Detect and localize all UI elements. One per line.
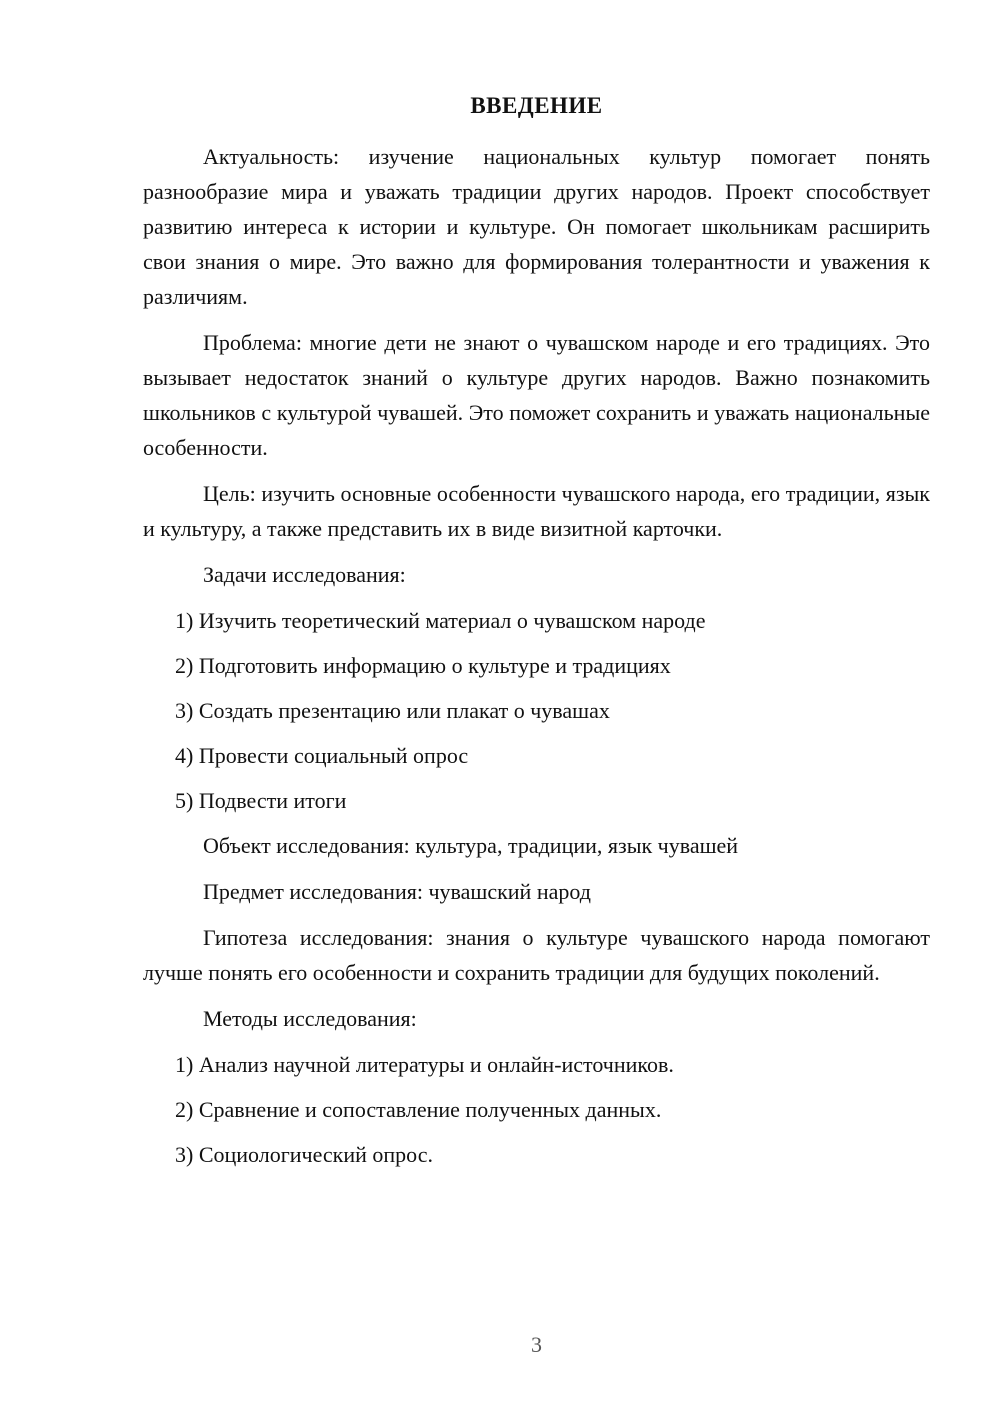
task-item-4: 4) Провести социальный опрос xyxy=(175,738,930,773)
paragraph-relevance: Актуальность: изучение национальных куль… xyxy=(143,139,930,314)
task-item-1: 1) Изучить теоретический материал о чува… xyxy=(175,603,930,638)
method-item-2: 2) Сравнение и сопоставление полученных … xyxy=(175,1092,930,1127)
page-title: ВВЕДЕНИЕ xyxy=(143,88,930,123)
page-number: 3 xyxy=(143,1327,930,1362)
document-page: ВВЕДЕНИЕ Актуальность: изучение национал… xyxy=(0,0,1000,1414)
method-item-1: 1) Анализ научной литературы и онлайн-ис… xyxy=(175,1047,930,1082)
paragraph-goal: Цель: изучить основные особенности чуваш… xyxy=(143,476,930,546)
subject-line: Предмет исследования: чувашский народ xyxy=(143,874,930,909)
method-item-3: 3) Социологический опрос. xyxy=(175,1137,930,1172)
methods-heading: Методы исследования: xyxy=(143,1001,930,1036)
task-item-3: 3) Создать презентацию или плакат о чува… xyxy=(175,693,930,728)
tasks-heading: Задачи исследования: xyxy=(143,557,930,592)
object-line: Объект исследования: культура, традиции,… xyxy=(143,828,930,863)
paragraph-problem: Проблема: многие дети не знают о чувашск… xyxy=(143,325,930,465)
task-item-2: 2) Подготовить информацию о культуре и т… xyxy=(175,648,930,683)
paragraph-hypothesis: Гипотеза исследования: знания о культуре… xyxy=(143,920,930,990)
task-item-5: 5) Подвести итоги xyxy=(175,783,930,818)
